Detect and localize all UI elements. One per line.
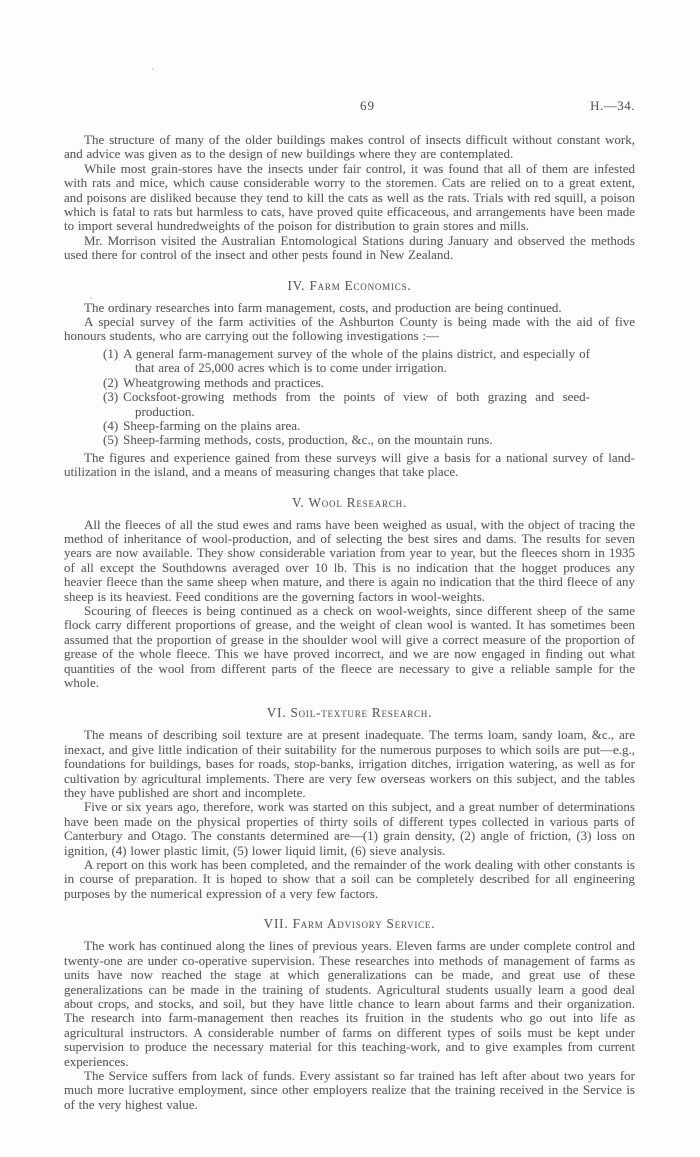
section-heading-soil-texture-research: VI. Soil-texture Research. bbox=[64, 705, 635, 720]
list-item: (1)A general farm-management survey of t… bbox=[103, 347, 590, 376]
section-heading-farm-economics: IV. Farm Economics. bbox=[64, 278, 635, 293]
list-item-text: Cocksfoot-growing methods from the point… bbox=[123, 389, 590, 418]
report-reference: H.—34. bbox=[590, 99, 635, 113]
section-paragraph: All the fleeces of all the stud ewes and… bbox=[64, 518, 635, 604]
investigations-list: (1)A general farm-management survey of t… bbox=[103, 347, 590, 448]
section-paragraph: The figures and experience gained from t… bbox=[64, 451, 635, 480]
list-item-text: Sheep-farming methods, costs, production… bbox=[123, 432, 492, 447]
list-item: (3)Cocksfoot-growing methods from the po… bbox=[103, 390, 590, 419]
section-paragraph: The ordinary researches into farm manage… bbox=[64, 301, 635, 315]
list-item-text: Wheatgrowing methods and practices. bbox=[123, 375, 324, 390]
list-item-number: (1) bbox=[103, 346, 118, 361]
section-heading-wool-research: V. Wool Research. bbox=[64, 495, 635, 510]
section-heading-farm-advisory-service: VII. Farm Advisory Service. bbox=[64, 916, 635, 931]
list-item-text: A general farm-management survey of the … bbox=[123, 346, 590, 375]
page-number: 69 bbox=[82, 99, 653, 113]
list-item: (5)Sheep-farming methods, costs, product… bbox=[103, 433, 590, 447]
section-paragraph: The Service suffers from lack of funds. … bbox=[64, 1069, 635, 1112]
list-item-number: (5) bbox=[103, 432, 118, 447]
section-paragraph: A special survey of the farm activities … bbox=[64, 315, 635, 344]
section-paragraph: Five or six years ago, therefore, work w… bbox=[64, 800, 635, 858]
intro-paragraph: The structure of many of the older build… bbox=[64, 133, 635, 162]
list-item: (2)Wheatgrowing methods and practices. bbox=[103, 376, 590, 390]
section-paragraph: A report on this work has been completed… bbox=[64, 858, 635, 901]
intro-paragraph: Mr. Morrison visited the Australian Ento… bbox=[64, 234, 635, 263]
intro-paragraph: While most grain-stores have the insects… bbox=[64, 162, 635, 234]
list-item-number: (2) bbox=[103, 375, 118, 390]
page-header: 69 H.—34. bbox=[64, 99, 635, 114]
list-item-number: (4) bbox=[103, 418, 118, 433]
section-paragraph: The means of describing soil texture are… bbox=[64, 728, 635, 800]
list-item-number: (3) bbox=[103, 389, 118, 404]
section-paragraph: Scouring of fleeces is being continued a… bbox=[64, 604, 635, 690]
document-page: 69 H.—34. The structure of many of the o… bbox=[0, 0, 700, 1157]
list-item: (4)Sheep-farming on the plains area. bbox=[103, 419, 590, 433]
section-paragraph: The work has continued along the lines o… bbox=[64, 939, 635, 1069]
list-item-text: Sheep-farming on the plains area. bbox=[123, 418, 300, 433]
